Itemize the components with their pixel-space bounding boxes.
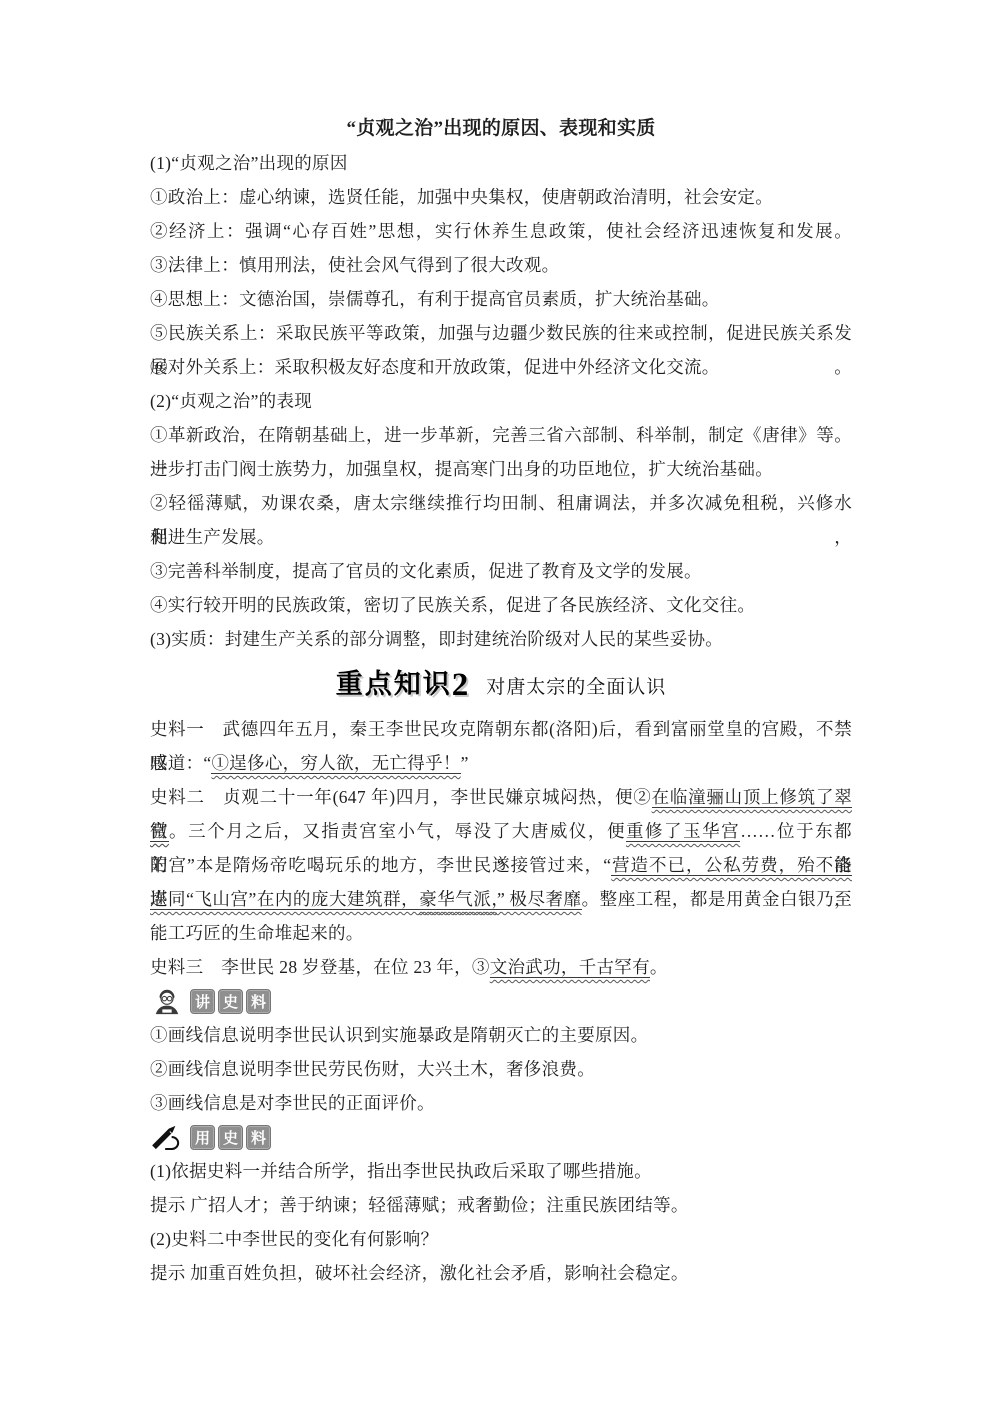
analysis-line: ③画线信息是对李世民的正面评价。 bbox=[150, 1086, 852, 1120]
text-run: 史料二 贞观二十一年(647 年)四月，李世民嫌京城闷热，便② bbox=[150, 787, 652, 807]
underlined-text: 豪华气派，极尽奢靡 bbox=[419, 889, 581, 910]
outline-line: ③完善科举制度，提高了官员的文化素质，促进了教育及文学的发展。 bbox=[150, 554, 852, 588]
heading-number: 2 bbox=[452, 667, 469, 703]
material-line: 宫。三个月之后，又指责宫室小气，辱没了大唐威仪，便重修了玉华宫……位于东都的“洛 bbox=[150, 814, 852, 848]
material-line: 能工巧匠的生命堆起来的。 bbox=[150, 916, 852, 950]
outline-line: 一步打击门阀士族势力，加强皇权，提高寒门出身的功臣地位，扩大统治基础。 bbox=[150, 452, 852, 486]
text-run: 。 bbox=[650, 957, 668, 977]
outline-line: ①革新政治，在隋朝基础上，进一步革新，完善三省六部制、科举制，制定《唐律》等。进 bbox=[150, 418, 852, 452]
heading-label: 重点知识 bbox=[336, 669, 452, 699]
text-run: ” bbox=[461, 753, 469, 773]
material-line: 史料二 贞观二十一年(647 年)四月，李世民嫌京城闷热，便②在临潼骊山顶上修筑… bbox=[150, 780, 852, 814]
text-run: 叹道：“ bbox=[150, 753, 211, 773]
outline-line: (3)实质：封建生产关系的部分调整，即封建统治阶级对人民的某些妥协。 bbox=[150, 622, 852, 656]
text-run: 阳宫”本是隋炀帝吃喝玩乐的地方，李世民遂接管过来，“ bbox=[150, 855, 611, 875]
pen-hand-icon bbox=[150, 1122, 184, 1152]
question-line: (2)史料二中李世民的变化有何影响？ bbox=[150, 1222, 852, 1256]
outline-line: (2)“贞观之治”的表现 bbox=[150, 384, 852, 418]
material-line: 叹道：“①逞侈心，穷人欲，无亡得乎！” bbox=[150, 746, 852, 780]
question-line: (1)依据史料一并结合所学，指出李世民执政后采取了哪些措施。 bbox=[150, 1154, 852, 1188]
text-run: 史料三 李世民 28 岁登基，在位 23 年，③ bbox=[150, 957, 490, 977]
outline-line: ②轻徭薄赋，劝课农桑，唐太宗继续推行均田制、租庸调法，并多次减免租税，兴修水利， bbox=[150, 486, 852, 520]
use-material-label: 用 史 料 bbox=[150, 1120, 852, 1154]
explain-material-label: 讲 史 料 bbox=[150, 984, 852, 1018]
page-title: “贞观之治”出现的原因、表现和实质 bbox=[150, 112, 852, 146]
label-char-box: 料 bbox=[246, 989, 271, 1014]
outline-line: ②经济上：强调“心存百姓”思想，实行休养生息政策，使社会经济迅速恢复和发展。 bbox=[150, 214, 852, 248]
outline-line: ③法律上：慎用刑法，使社会风气得到了很大改观。 bbox=[150, 248, 852, 282]
material-line: 连同“飞山宫”在内的庞大建筑群，豪华气派，极尽奢靡。整座工程，都是用黄金白银乃至 bbox=[150, 882, 852, 916]
material-line: 阳宫”本是隋炀帝吃喝玩乐的地方，李世民遂接管过来，“营造不已，公私劳费，殆不能堪… bbox=[150, 848, 852, 882]
text-run: 连同“飞山宫”在内的庞大建筑群， bbox=[150, 889, 419, 909]
label-char-box: 料 bbox=[246, 1125, 271, 1150]
underlined-text: 宫 bbox=[150, 821, 169, 842]
analysis-line: ①画线信息说明李世民认识到实施暴政是隋朝灭亡的主要原因。 bbox=[150, 1018, 852, 1052]
outline-line: ④实行较开明的民族政策，密切了民族关系，促进了各民族经济、文化交往。 bbox=[150, 588, 852, 622]
teacher-icon bbox=[150, 986, 184, 1016]
material-line: 史料一 武德四年五月，秦王李世民攻克隋朝东都(洛阳)后，看到富丽堂皇的宫殿，不禁… bbox=[150, 712, 852, 746]
outline-line: (1)“贞观之治”出现的原因 bbox=[150, 146, 852, 180]
analysis-line: ②画线信息说明李世民劳民伤财，大兴土木，奢侈浪费。 bbox=[150, 1052, 852, 1086]
outline-line: ①政治上：虚心纳谏，选贤任能，加强中央集权，使唐朝政治清明，社会安定。 bbox=[150, 180, 852, 214]
text-run: 。整座工程，都是用黄金白银乃至 bbox=[582, 889, 852, 909]
underlined-text: 文治武功，千古罕有 bbox=[490, 957, 650, 978]
heading-subtitle: 对唐太宗的全面认识 bbox=[486, 677, 666, 698]
text-run: 。三个月之后，又指责宫室小气，辱没了大唐威仪，便 bbox=[169, 821, 626, 841]
material-line: 史料三 李世民 28 岁登基，在位 23 年，③文治武功，千古罕有。 bbox=[150, 950, 852, 984]
label-char-box: 史 bbox=[218, 989, 243, 1014]
underlined-text: 重修了玉华宫 bbox=[626, 821, 740, 842]
outline-line: ④思想上：文德治国，崇儒尊孔，有利于提高官员素质，扩大统治基础。 bbox=[150, 282, 852, 316]
page-content: “贞观之治”出现的原因、表现和实质 (1)“贞观之治”出现的原因 ①政治上：虚心… bbox=[150, 112, 852, 1290]
section-heading: 重点知识2对唐太宗的全面认识 bbox=[150, 664, 852, 704]
hint-line: 提示 加重百姓负担，破坏社会经济，激化社会矛盾，影响社会稳定。 bbox=[150, 1256, 852, 1290]
document-page: “贞观之治”出现的原因、表现和实质 (1)“贞观之治”出现的原因 ①政治上：虚心… bbox=[0, 0, 1000, 1414]
underlined-text: ①逞侈心，穷人欲，无亡得乎！ bbox=[211, 753, 460, 774]
outline-line: ⑤民族关系上：采取民族平等政策，加强与边疆少数民族的往来或控制，促进民族关系发展… bbox=[150, 316, 852, 350]
text-run: 能工巧匠的生命堆起来的。 bbox=[150, 923, 364, 943]
label-char-box: 用 bbox=[190, 1125, 215, 1150]
label-char-box: 史 bbox=[218, 1125, 243, 1150]
hint-line: 提示 广招人才；善于纳谏；轻徭薄赋；戒奢勤俭；注重民族团结等。 bbox=[150, 1188, 852, 1222]
label-char-box: 讲 bbox=[190, 989, 215, 1014]
